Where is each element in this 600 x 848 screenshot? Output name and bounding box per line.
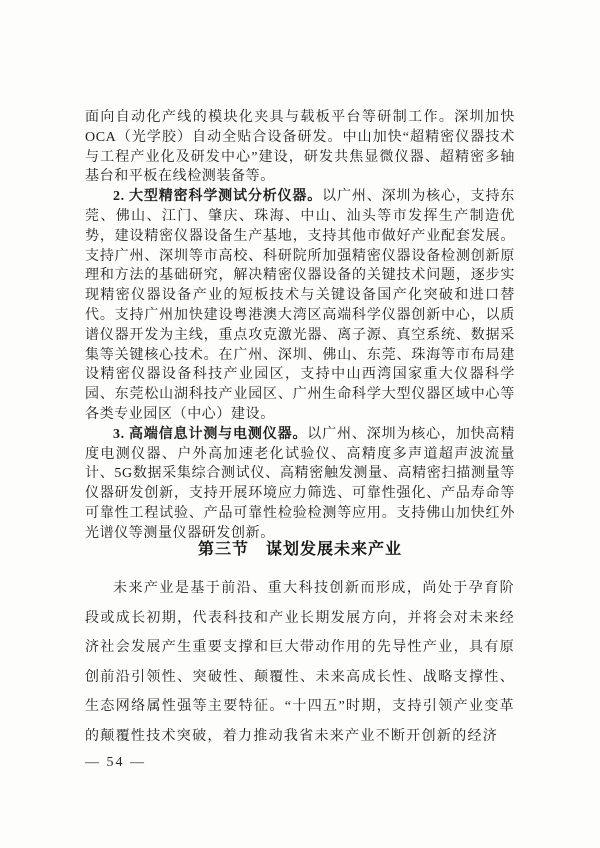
document-body: 面向自动化产线的模块化夹具与载板平台等研制工作。深圳加快OCA（光学胶）自动全贴… [85, 108, 515, 544]
section-heading: 第三节 谋划发展未来产业 [85, 536, 515, 559]
item-3-text: 以广州、深圳为核心，加快高精度电测仪器、户外高加速老化试验仪、高精度多声道超声波… [85, 427, 515, 541]
item-3-heading: 3. 高端信息计测与电测仪器。 [113, 427, 307, 442]
paragraph-item-3: 3. 高端信息计测与电测仪器。以广州、深圳为核心，加快高精度电测仪器、户外高加速… [85, 425, 515, 544]
paragraph-item-2: 2. 大型精密科学测试分析仪器。以广州、深圳为核心，支持东莞、佛山、江门、肇庆、… [85, 187, 515, 425]
item-2-heading: 2. 大型精密科学测试分析仪器。 [113, 189, 322, 204]
item-2-text: 以广州、深圳为核心，支持东莞、佛山、江门、肇庆、珠海、中山、汕头等市发挥生产制造… [85, 189, 515, 422]
document-page: 面向自动化产线的模块化夹具与载板平台等研制工作。深圳加快OCA（光学胶）自动全贴… [0, 0, 600, 848]
paragraph-future-industry: 未来产业是基于前沿、重大科技创新而形成，尚处于孕育阶段或成长初期，代表科技和产业… [85, 574, 515, 751]
paragraph-continuation: 面向自动化产线的模块化夹具与载板平台等研制工作。深圳加快OCA（光学胶）自动全贴… [85, 108, 515, 187]
page-number: — 54 — [85, 755, 146, 771]
